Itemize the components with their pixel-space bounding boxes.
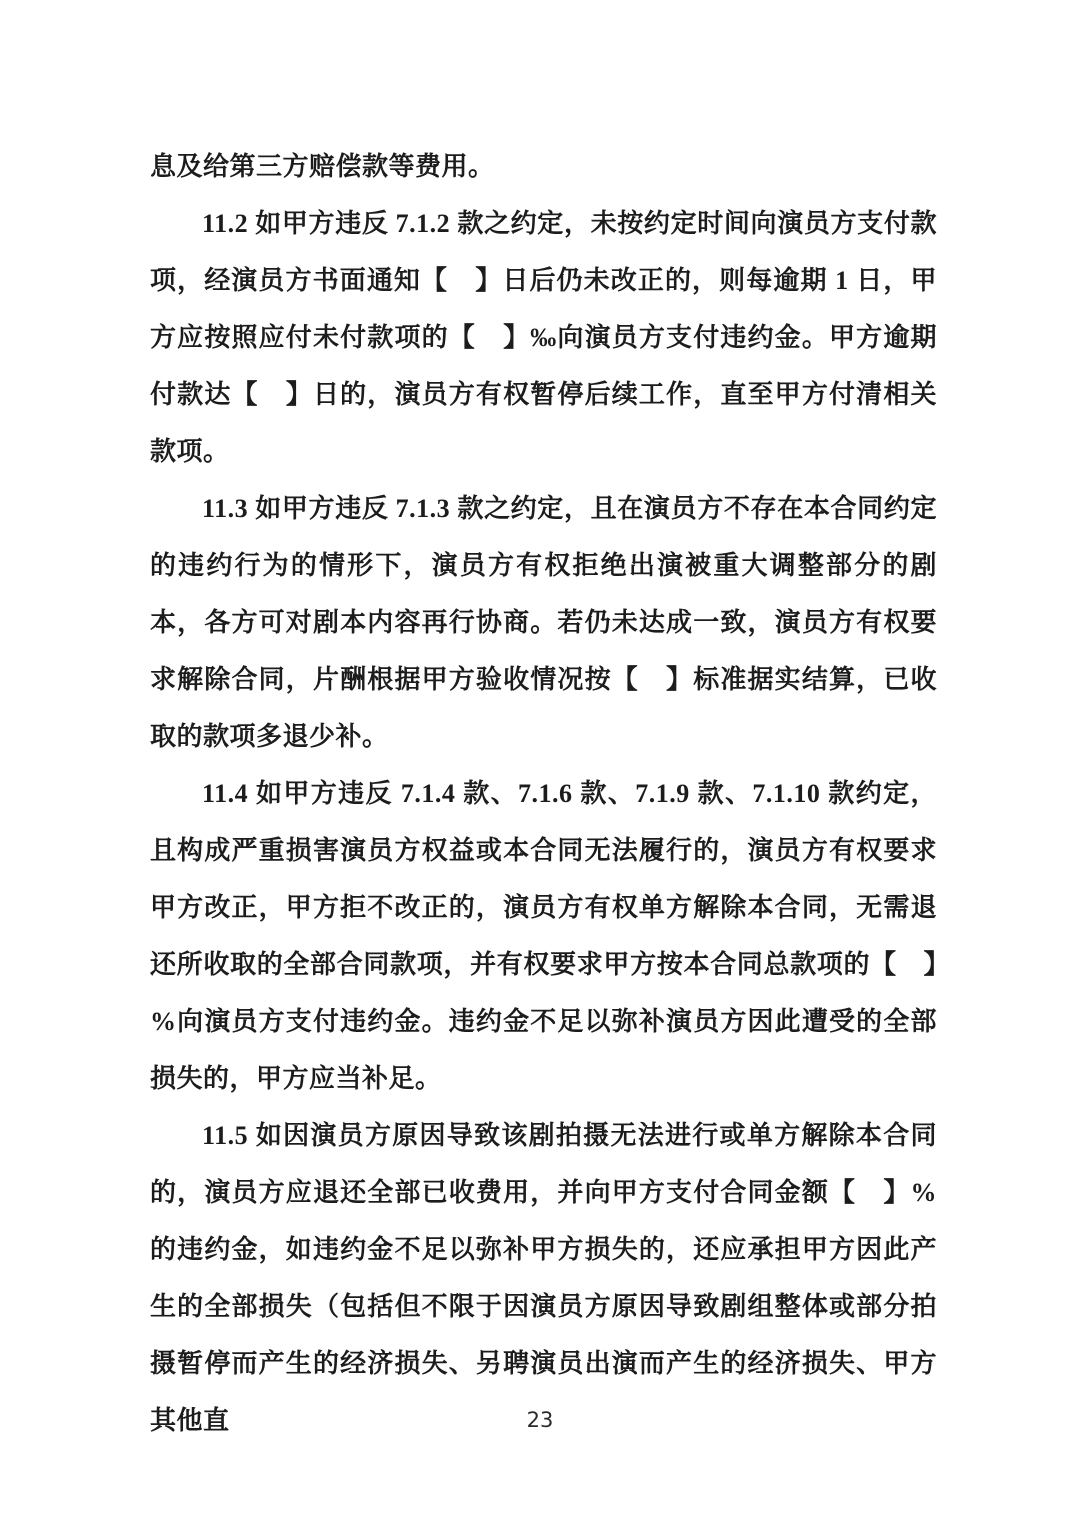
- paragraph-clause-11-2: 11.2 如甲方违反 7.1.2 款之约定，未按约定时间向演员方支付款项，经演员…: [150, 195, 937, 480]
- page-number: 23: [0, 1408, 1080, 1432]
- paragraph-carryover: 息及给第三方赔偿款等费用。: [150, 138, 937, 195]
- paragraph-clause-11-3: 11.3 如甲方违反 7.1.3 款之约定，且在演员方不存在本合同约定的违约行为…: [150, 480, 937, 765]
- paragraph-clause-11-5: 11.5 如因演员方原因导致该剧拍摄无法进行或单方解除本合同的，演员方应退还全部…: [150, 1107, 937, 1449]
- paragraph-clause-11-4: 11.4 如甲方违反 7.1.4 款、7.1.6 款、7.1.9 款、7.1.1…: [150, 765, 937, 1107]
- contract-body: 息及给第三方赔偿款等费用。 11.2 如甲方违反 7.1.2 款之约定，未按约定…: [150, 138, 937, 1449]
- document-page: 息及给第三方赔偿款等费用。 11.2 如甲方违反 7.1.2 款之约定，未按约定…: [0, 0, 1080, 1527]
